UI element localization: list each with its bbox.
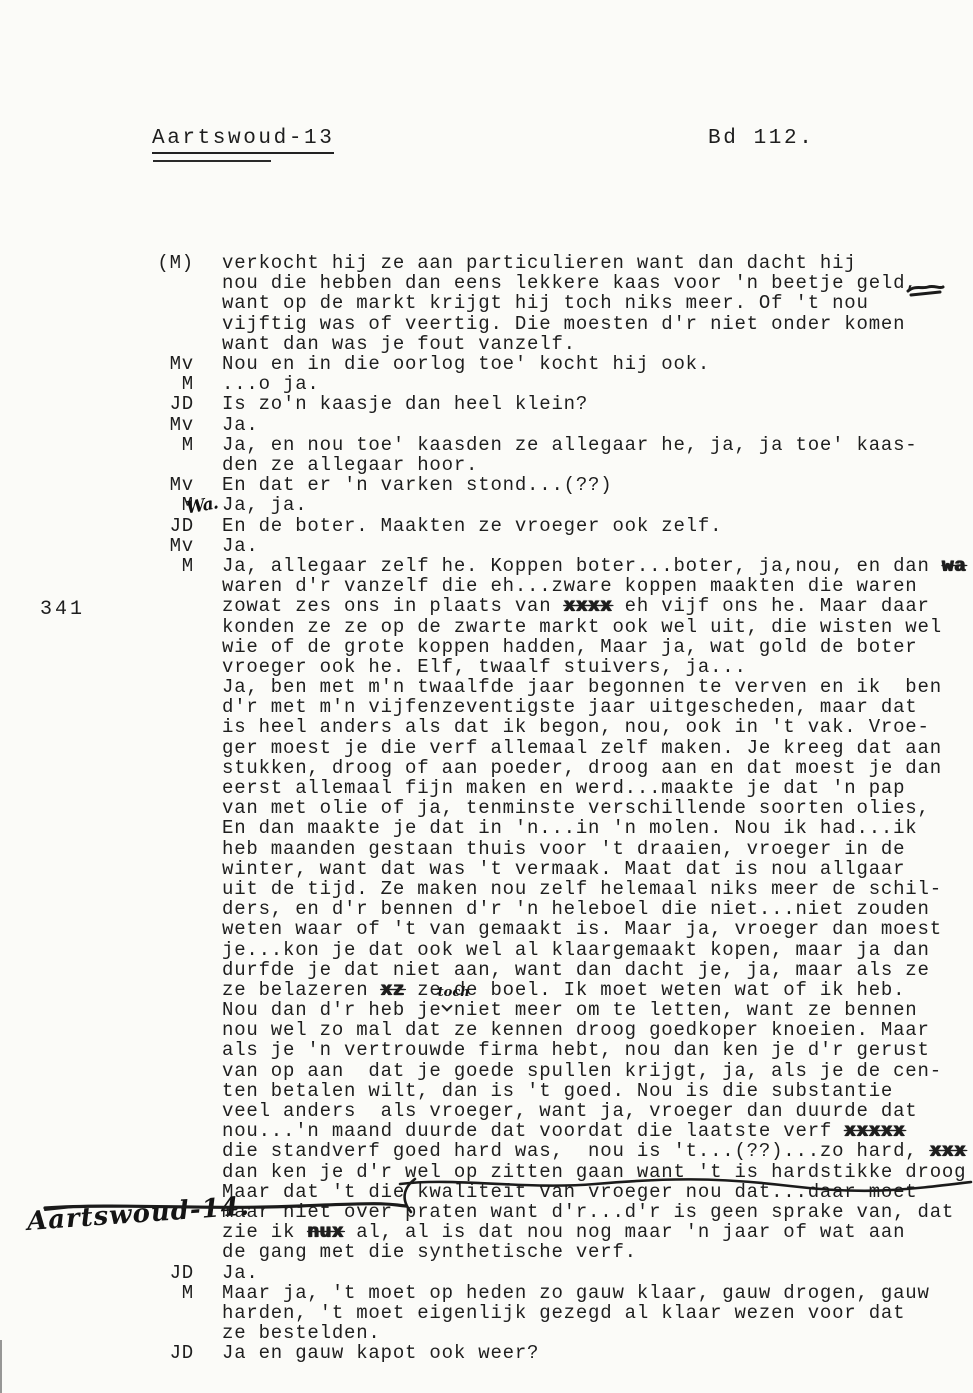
header-underline-mark (153, 160, 271, 162)
text-line: maar niet over praten want d'r...d'r is … (222, 1202, 973, 1222)
utterance: verkocht hij ze aan particulieren want d… (222, 253, 973, 354)
text-line: wie of de grote koppen hadden, Maar ja, … (222, 637, 973, 657)
text-line: heb maanden gestaan thuis voor 't draaie… (222, 839, 973, 859)
utterance: Ja en gauw kapot ook weer? (222, 1343, 973, 1363)
text-line: uit de tijd. Ze maken nou zelf helemaal … (222, 879, 973, 899)
dialogue: (M)verkocht hij ze aan particulieren wan… (0, 253, 973, 1363)
utterance: En de boter. Maakten ze vroeger ook zelf… (222, 516, 973, 536)
dialogue-turn: MvJa. (0, 536, 973, 556)
text-line: ze belazeren xz ze de boel. Ik moet wete… (222, 980, 973, 1000)
utterance: Ja, en nou toe' kaasden ze allegaar he, … (222, 435, 973, 475)
text-line: van op aan dat je goede spullen krijgt, … (222, 1061, 973, 1081)
speaker-label: JD (150, 394, 194, 414)
insert-word: toch (438, 986, 470, 999)
utterance: Ja, ben met m'n twaalfde jaar begonnen t… (222, 677, 973, 1262)
page-header-band-number: Bd 112. (708, 127, 814, 150)
text-line: weten waar of 't van gemaakt is. Maar ja… (222, 919, 973, 939)
insert-caret-icon (441, 1000, 452, 1011)
utterance: Maar ja, 't moet op heden zo gauw klaar,… (222, 1283, 973, 1344)
speaker-label: Mv (150, 415, 194, 435)
scan-edge-artifact (0, 1340, 2, 1393)
scanned-document-page: { "page": { "header_left": "Aartswoud-13… (0, 0, 973, 1393)
text-line: nou...'n maand duurde dat voordat die la… (222, 1121, 973, 1141)
utterance: Ja, allegaar zelf he. Koppen boter...bot… (222, 556, 973, 677)
text-line: zie ik nux al, al is dat nou nog maar 'n… (222, 1222, 973, 1242)
text-line: Maar ja, 't moet op heden zo gauw klaar,… (222, 1283, 973, 1303)
utterance: Ja, ja. (222, 495, 973, 515)
dialogue-turn: MvJa. (0, 415, 973, 435)
text-line: veel anders als vroeger, want ja, vroege… (222, 1101, 973, 1121)
text-line: nou die hebben dan eens lekkere kaas voo… (222, 273, 973, 293)
speaker-label: JD (150, 1263, 194, 1283)
utterance: Ja. (222, 1263, 973, 1283)
overstruck-text: wa (942, 555, 966, 577)
text-line: verkocht hij ze aan particulieren want d… (222, 253, 973, 273)
speaker-label: M (150, 374, 194, 394)
text-line: eerst allemaal fijn maken en werd...maak… (222, 778, 973, 798)
text-line: ten betalen wilt, dan is 't goed. Nou is… (222, 1081, 973, 1101)
text-line: ...o ja. (222, 374, 973, 394)
speaker-label: M (150, 1283, 194, 1303)
text-line: Ja, allegaar zelf he. Koppen boter...bot… (222, 556, 973, 576)
text-line: ger moest je die verf allemaal zelf make… (222, 738, 973, 758)
text-line: winter, want dat was 't vermaak. Maat da… (222, 859, 973, 879)
overstruck-text: nux (307, 1221, 344, 1243)
overstruck-text: xz (381, 979, 405, 1001)
text-line: Maar dat 't die kwaliteit van vroeger no… (222, 1182, 973, 1202)
utterance: Nou en in die oorlog toe' kocht hij ook. (222, 354, 973, 374)
text-line: stukken, droog of aan poeder, droog aan … (222, 758, 973, 778)
text-line: Ja. (222, 1263, 973, 1283)
text-line: zowat zes ons in plaats van xxxx eh vijf… (222, 596, 973, 616)
text-line: Ja, ja. (222, 495, 973, 515)
text-line: En dan maakte je dat in 'n...in 'n molen… (222, 818, 973, 838)
dialogue-turn: (M)verkocht hij ze aan particulieren wan… (0, 253, 973, 354)
text-line: is heel anders als dat ik begon, nou, oo… (222, 717, 973, 737)
text-line: En dat er 'n varken stond...(??) (222, 475, 973, 495)
dialogue-turn: MMaar ja, 't moet op heden zo gauw klaar… (0, 1283, 973, 1344)
text-line: d'r met m'n vijfenzeventigste jaar uitge… (222, 697, 973, 717)
text-line: ze bestelden. (222, 1323, 973, 1343)
text-line: vroeger ook he. Elf, twaalf stuivers, ja… (222, 657, 973, 677)
page-header-title: Aartswoud-13 (152, 127, 334, 154)
text-line: Nou dan d'r heb jetoch niet meer om te l… (222, 1000, 973, 1020)
dialogue-turn: MvEn dat er 'n varken stond...(??) (0, 475, 973, 495)
speaker-label: (M) (150, 253, 194, 273)
text-line: de gang met die synthetische verf. (222, 1242, 973, 1262)
text-line: ders, en d'r bennen d'r 'n heleboel die … (222, 899, 973, 919)
dialogue-turn: JDIs zo'n kaasje dan heel klein? (0, 394, 973, 414)
text-line: als je 'n vertrouwde firma hebt, nou dan… (222, 1040, 973, 1060)
dialogue-turn: M...o ja. (0, 374, 973, 394)
text-line: want op de markt krijgt hij toch niks me… (222, 293, 973, 313)
utterance: Ja. (222, 536, 973, 556)
dialogue-turn: MWa.Ja, ja. (0, 495, 973, 515)
speaker-label: Mv (150, 536, 194, 556)
text-line: En de boter. Maakten ze vroeger ook zelf… (222, 516, 973, 536)
speaker-label: M (150, 556, 194, 576)
dialogue-turn: JDEn de boter. Maakten ze vroeger ook ze… (0, 516, 973, 536)
text-line: van met olie of ja, tenminste verschille… (222, 798, 973, 818)
utterance: Ja. (222, 415, 973, 435)
text-line: je...kon je dat ook wel al klaargemaakt … (222, 940, 973, 960)
dialogue-turn: MvNou en in die oorlog toe' kocht hij oo… (0, 354, 973, 374)
dialogue-turn: JDJa. (0, 1263, 973, 1283)
dialogue-turn: MJa, en nou toe' kaasden ze allegaar he,… (0, 435, 973, 475)
text-line: die standverf goed hard was, nou is 't..… (222, 1141, 973, 1161)
dialogue-turn: MJa, allegaar zelf he. Koppen boter...bo… (0, 556, 973, 677)
text-line: Ja en gauw kapot ook weer? (222, 1343, 973, 1363)
speaker-label: JD (150, 516, 194, 536)
text-line: den ze allegaar hoor. (222, 455, 973, 475)
text-line: Ja, en nou toe' kaasden ze allegaar he, … (222, 435, 973, 455)
overstruck-text: xxxx (564, 595, 613, 617)
text-line: vijftig was of veertig. Die moesten d'r … (222, 314, 973, 334)
speaker-label: MWa. (150, 495, 194, 515)
text-line: konden ze ze op de zwarte markt ook wel … (222, 617, 973, 637)
text-line: Ja, ben met m'n twaalfde jaar begonnen t… (222, 677, 973, 697)
utterance: Is zo'n kaasje dan heel klein? (222, 394, 973, 414)
overstruck-text: xxxxx (844, 1120, 905, 1142)
utterance: ...o ja. (222, 374, 973, 394)
text-line: dan ken je d'r wel op zitten gaan want '… (222, 1162, 973, 1182)
text-line: Is zo'n kaasje dan heel klein? (222, 394, 973, 414)
text-line: Ja. (222, 415, 973, 435)
speaker-label: M (150, 435, 194, 455)
dialogue-turn: JDJa en gauw kapot ook weer? (0, 1343, 973, 1363)
text-line: waren d'r vanzelf die eh...zware koppen … (222, 576, 973, 596)
text-line: Nou en in die oorlog toe' kocht hij ook. (222, 354, 973, 374)
text-line: harden, 't moet eigenlijk gezegd al klaa… (222, 1303, 973, 1323)
text-line: Ja. (222, 536, 973, 556)
text-line: nou wel zo mal dat ze kennen droog goedk… (222, 1020, 973, 1040)
text-line: want dan was je fout vanzelf. (222, 334, 973, 354)
speaker-label: JD (150, 1343, 194, 1363)
dialogue-turn: Ja, ben met m'n twaalfde jaar begonnen t… (0, 677, 973, 1262)
text-line: durfde je dat niet aan, want dan dacht j… (222, 960, 973, 980)
speaker-label: Mv (150, 354, 194, 374)
speaker-label: Mv (150, 475, 194, 495)
utterance: En dat er 'n varken stond...(??) (222, 475, 973, 495)
overstruck-text: xxx (930, 1140, 967, 1162)
